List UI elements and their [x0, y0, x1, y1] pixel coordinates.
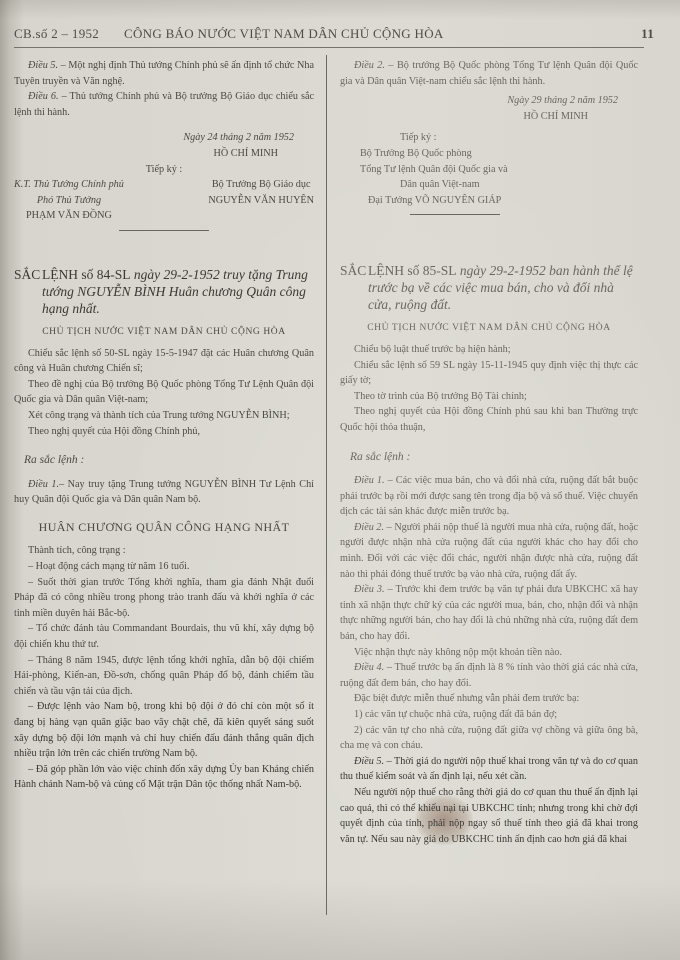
merit-item: – Tháng 8 năm 1945, được lệnh tổng khởi … — [14, 653, 314, 700]
preamble-2: Chiểu sắc lệnh số 59 SL ngày 15-11-1945 … — [340, 358, 638, 389]
article-5: Điều 5. – Thời giá do người nộp thuế kha… — [340, 754, 638, 785]
exemption-item: 2) các văn tự cho nhà cửa, ruộng đất giữ… — [340, 723, 638, 754]
president-heading: CHỦ TỊCH NƯỚC VIỆT NAM DÂN CHỦ CỘNG HÒA — [14, 325, 314, 341]
article-6: Điều 6. – Thủ tướng Chính phủ và Bộ trưở… — [14, 89, 314, 120]
merits-label: Thành tích, công trạng : — [14, 543, 314, 559]
preamble-4: Theo nghị quyết của Hội đồng Chính phủ, — [14, 424, 314, 440]
right-column: Điều 2. – Bộ trưởng Bộ Quốc phòng Tổng T… — [340, 58, 638, 847]
preamble-3: Xét công trạng và thành tích của Trung t… — [14, 408, 314, 424]
exemption-intro: Đặc biệt được miễn thuế nhưng vẫn phải đ… — [340, 691, 638, 707]
signing-date: Ngày 29 tháng 2 năm 1952 — [340, 93, 638, 109]
countersign-label: Tiếp ký : — [14, 162, 314, 178]
countersignatures: K.T. Thủ Tướng Chính phủ Phó Thủ Tướng P… — [14, 177, 314, 224]
decree-enactment: Ra sắc lệnh : — [350, 450, 638, 466]
signing-date: Ngày 24 tháng 2 năm 1952 — [14, 130, 314, 146]
column-divider — [326, 55, 327, 915]
appeal-paragraph: Nếu người nộp thuế cho rằng thời giá do … — [340, 785, 638, 847]
preamble-2: Theo đề nghị của Bộ trưởng Bộ Quốc phòng… — [14, 377, 314, 408]
certification-note: Việc nhận thực này không nộp một khoản t… — [340, 645, 638, 661]
decree-84-title: SẮCLỆNH số 84-SL ngày 29-2-1952 truy tặn… — [14, 266, 314, 317]
countersignature: Bộ Trưởng Bộ Quốc phòng Tổng Tư lệnh Quâ… — [340, 146, 638, 208]
page-header: CB.số 2 – 1952 CÔNG BÁO NƯỚC VIỆT NAM DÂ… — [14, 26, 664, 46]
article-5: Điều 5. – Một nghị định Thủ tướng Chính … — [14, 58, 314, 89]
president-heading: CHỦ TỊCH NƯỚC VIỆT NAM DÂN CHỦ CỘNG HÒA — [340, 321, 638, 337]
article-4: Điều 4. – Thuế trước bạ ấn định là 8 % t… — [340, 660, 638, 691]
merit-item: – Suốt thời gian trước Tổng khởi nghĩa, … — [14, 575, 314, 622]
header-rule — [14, 47, 644, 49]
countersign-right: Bộ Trưởng Bộ Giáo dục NGUYỄN VĂN HUYÊN — [208, 177, 314, 224]
countersign-label: Tiếp ký : — [340, 130, 638, 146]
section-separator — [119, 230, 209, 232]
left-column: Điều 5. – Một nghị định Thủ tướng Chính … — [14, 58, 314, 793]
decree-enactment: Ra sắc lệnh : — [24, 453, 314, 469]
preamble-1: Chiểu sắc lệnh số 50-SL ngày 15-5-1947 đ… — [14, 346, 314, 377]
signer-name: HỒ CHÍ MINH — [340, 109, 638, 125]
preamble-3: Theo tờ trình của Bộ trưởng Bộ Tài chính… — [340, 389, 638, 405]
article-1: Điều 1.– Nay truy tặng Trung tướng NGUYỄ… — [14, 477, 314, 508]
article-3: Điều 3. – Trước khi đem trước bạ văn tự … — [340, 582, 638, 644]
article-2: Điều 2. – Người phải nộp thuế là người m… — [340, 520, 638, 582]
merit-item: – Tổ chức đánh tàu Commandant Bourdais, … — [14, 621, 314, 652]
exemption-item: 1) các văn tự chuộc nhà cửa, ruộng đất đ… — [340, 707, 638, 723]
section-separator — [410, 214, 500, 216]
article-1: Điều 1. – Các việc mua bán, cho và đổi n… — [340, 473, 638, 520]
issue-number: CB.số 2 – 1952 — [14, 26, 99, 42]
preamble-1: Chiểu bộ luật thuế trước bạ hiện hành; — [340, 342, 638, 358]
merit-item: – Đã góp phần lớn vào việc chỉnh đốn xây… — [14, 762, 314, 793]
page-number: 11 — [641, 26, 654, 42]
merit-item: – Được lệnh vào Nam bộ, trong khi bộ đội… — [14, 699, 314, 761]
signer-name: HỒ CHÍ MINH — [14, 146, 314, 162]
preamble-4: Theo nghị quyết của Hội đồng Chính phủ s… — [340, 404, 638, 435]
gazette-page: CB.số 2 – 1952 CÔNG BÁO NƯỚC VIỆT NAM DÂ… — [0, 0, 680, 960]
gazette-title: CÔNG BÁO NƯỚC VIỆT NAM DÂN CHỦ CỘNG HÒA — [124, 26, 444, 42]
article-2: Điều 2. – Bộ trưởng Bộ Quốc phòng Tổng T… — [340, 58, 638, 89]
countersign-left: K.T. Thủ Tướng Chính phủ Phó Thủ Tướng P… — [14, 177, 124, 224]
decree-85-title: SẮCLỆNH số 85-SL ngày 29-2-1952 ban hành… — [340, 262, 638, 313]
merit-item: – Hoạt động cách mạng từ năm 16 tuổi. — [14, 559, 314, 575]
medal-heading: HUÂN CHƯƠNG QUÂN CÔNG HẠNG NHẤT — [14, 520, 314, 536]
